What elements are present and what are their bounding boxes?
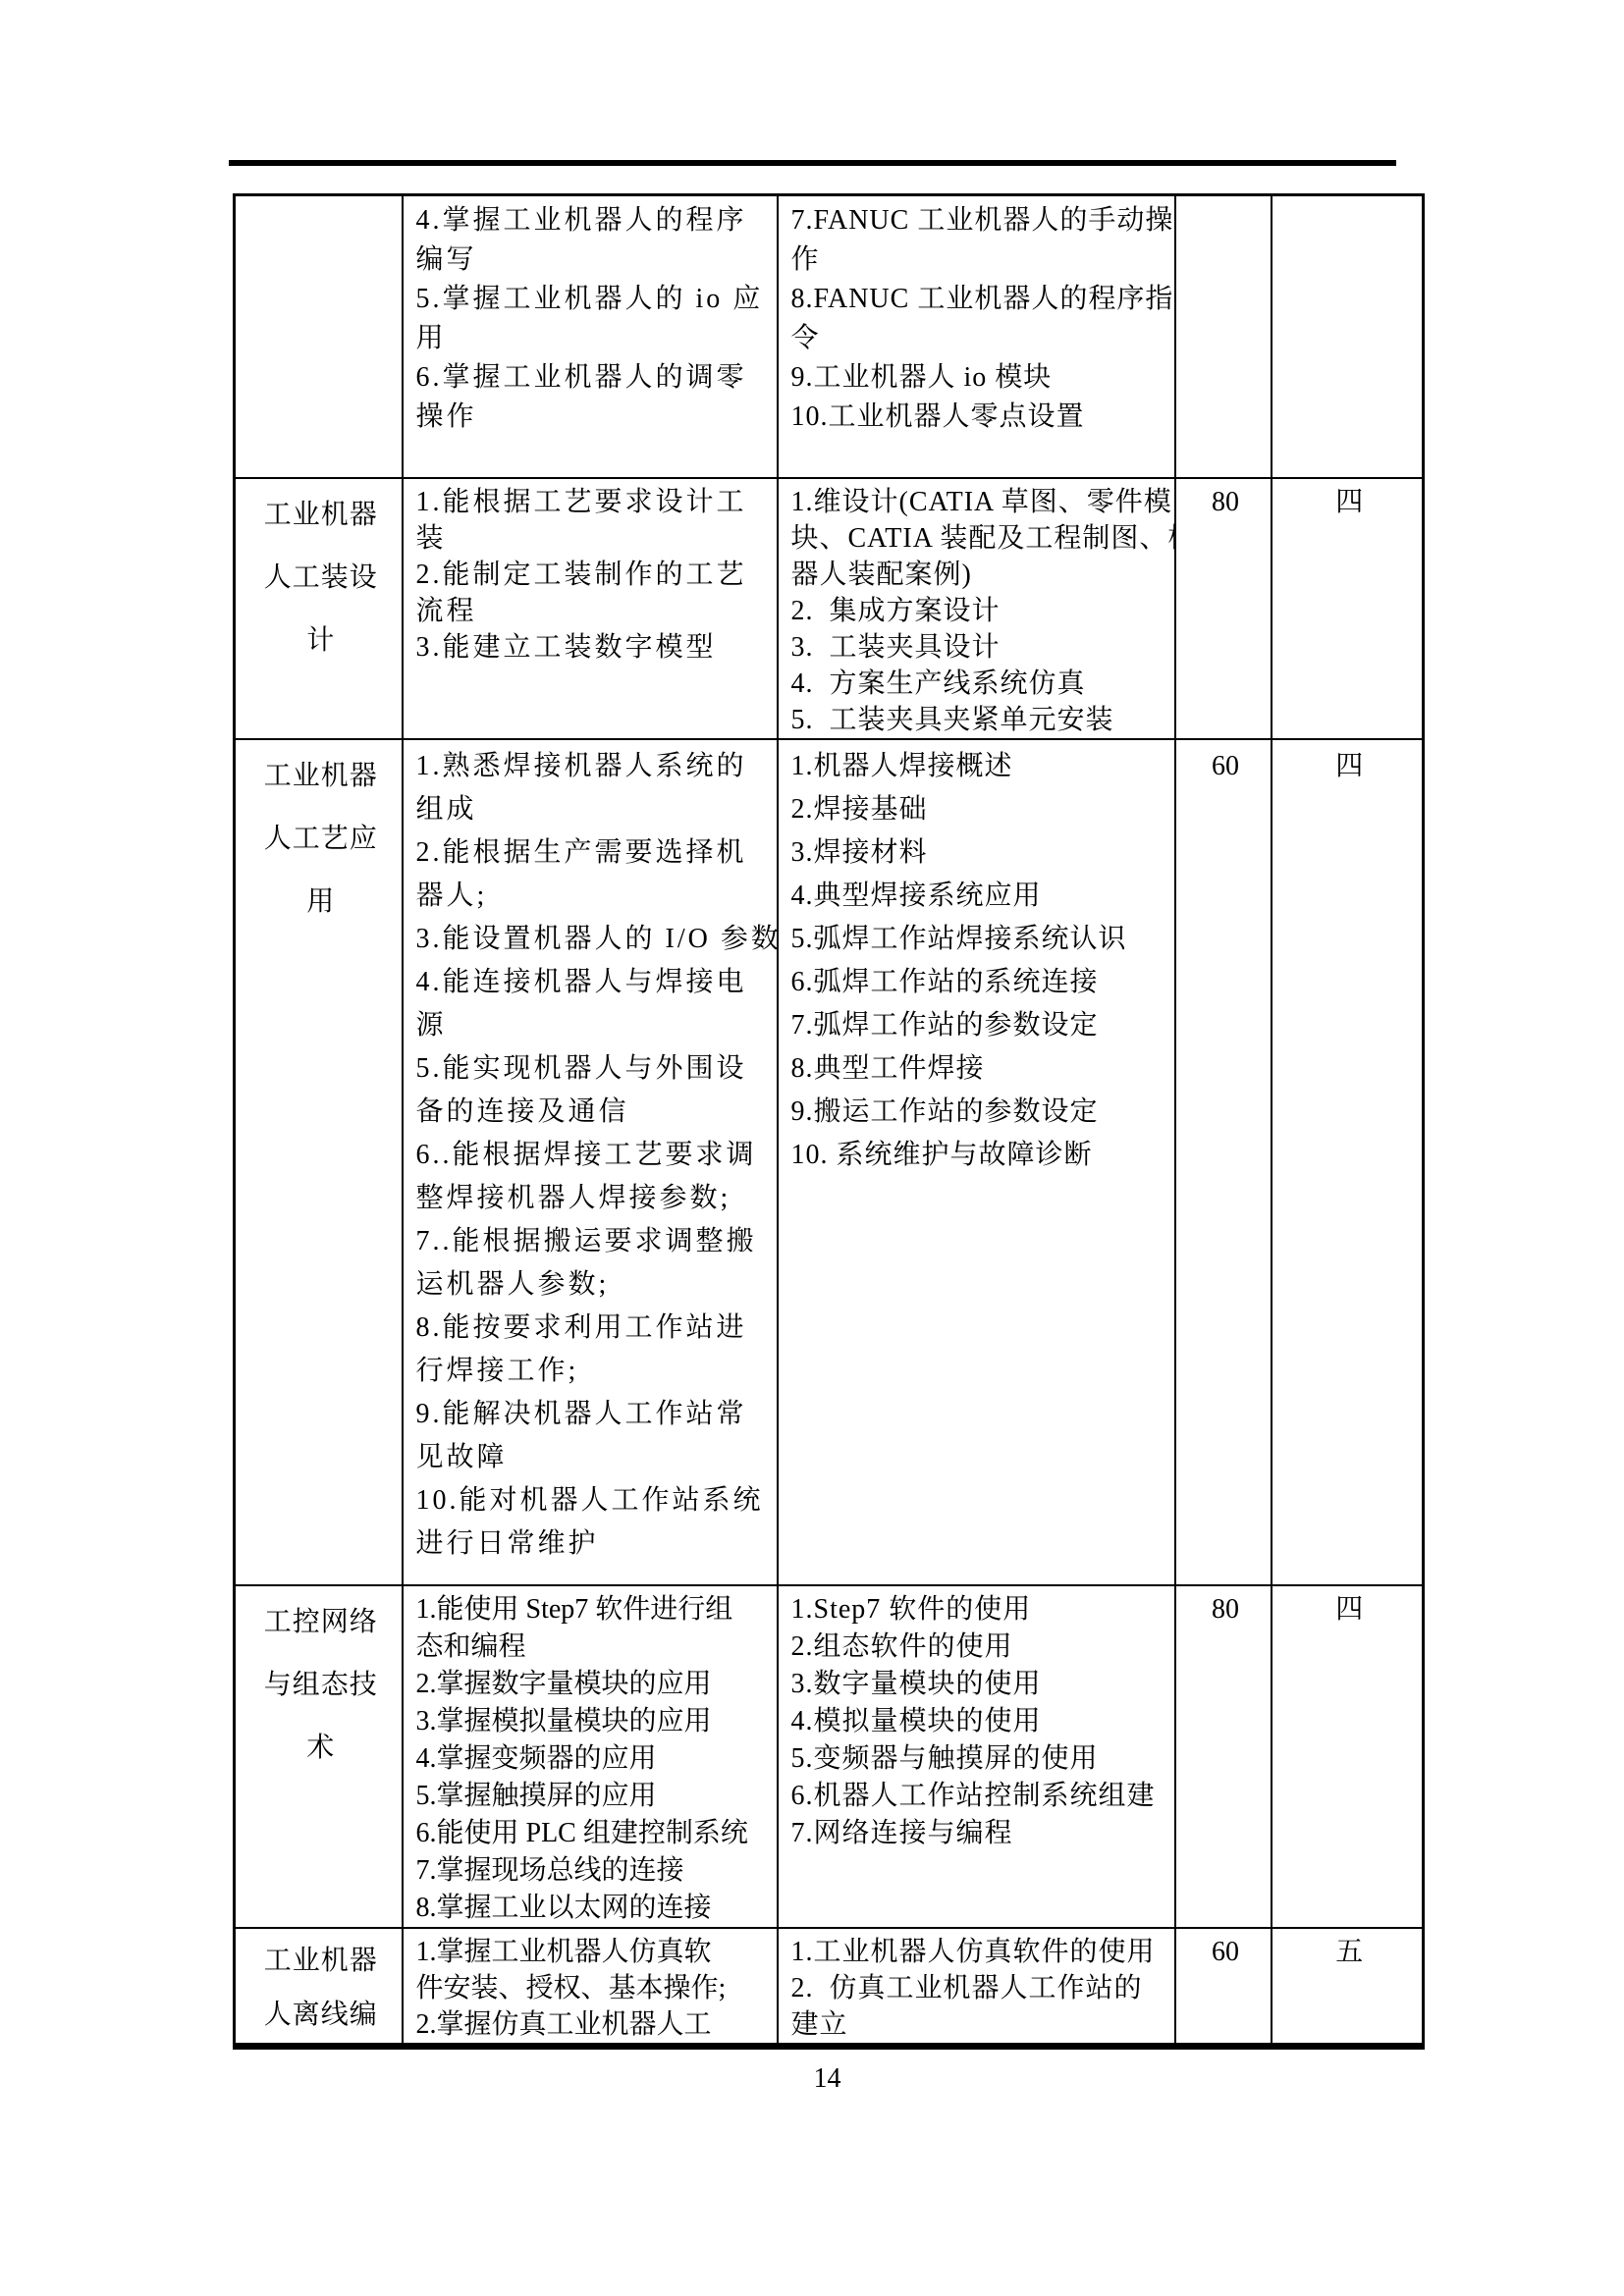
content-cell: 1.工业机器人仿真软件的使用 2. 仿真工业机器人工作站的 建立: [778, 1928, 1175, 2047]
term-cell: 五: [1272, 1928, 1424, 2047]
content-cell: 7.FANUC 工业机器人的手动操 作 8.FANUC 工业机器人的程序指 令 …: [778, 195, 1175, 478]
header-rule: [229, 160, 1396, 166]
page-number: 14: [233, 2063, 1422, 2095]
hours-cell: [1175, 195, 1272, 478]
hours-cell: 80: [1175, 1585, 1272, 1928]
table-row: 工业机器 人离线编 1.掌握工业机器人仿真软 件安装、授权、基本操作; 2.掌握…: [235, 1928, 1424, 2047]
course-name-cell: 工控网络 与组态技 术: [235, 1585, 403, 1928]
content-cell: 1.Step7 软件的使用 2.组态软件的使用 3.数字量模块的使用 4.模拟量…: [778, 1585, 1175, 1928]
skills-cell: 1.掌握工业机器人仿真软 件安装、授权、基本操作; 2.掌握仿真工业机器人工: [403, 1928, 778, 2047]
term-cell: 四: [1272, 739, 1424, 1585]
content-cell: 1.维设计(CATIA 草图、零件模 块、CATIA 装配及工程制图、机 器人装…: [778, 478, 1175, 739]
hours-cell: 60: [1175, 739, 1272, 1585]
course-name-cell: 工业机器 人工装设 计: [235, 478, 403, 739]
course-name-cell: 工业机器 人离线编: [235, 1928, 403, 2047]
content-cell: 1.机器人焊接概述 2.焊接基础 3.焊接材料 4.典型焊接系统应用 5.弧焊工…: [778, 739, 1175, 1585]
term-cell: 四: [1272, 1585, 1424, 1928]
term-cell: [1272, 195, 1424, 478]
table-row: 工控网络 与组态技 术 1.能使用 Step7 软件进行组 态和编程 2.掌握数…: [235, 1585, 1424, 1928]
course-name-cell: 工业机器 人工艺应 用: [235, 739, 403, 1585]
skills-cell: 1.熟悉焊接机器人系统的 组成 2.能根据生产需要选择机 器人; 3.能设置机器…: [403, 739, 778, 1585]
table-row: 4.掌握工业机器人的程序 编写 5.掌握工业机器人的 io 应 用 6.掌握工业…: [235, 195, 1424, 478]
curriculum-table: 4.掌握工业机器人的程序 编写 5.掌握工业机器人的 io 应 用 6.掌握工业…: [233, 193, 1425, 2050]
table-row: 工业机器 人工装设 计 1.能根据工艺要求设计工 装 2.能制定工装制作的工艺 …: [235, 478, 1424, 739]
document-page: 4.掌握工业机器人的程序 编写 5.掌握工业机器人的 io 应 用 6.掌握工业…: [0, 0, 1624, 2296]
skills-cell: 4.掌握工业机器人的程序 编写 5.掌握工业机器人的 io 应 用 6.掌握工业…: [403, 195, 778, 478]
hours-cell: 60: [1175, 1928, 1272, 2047]
skills-cell: 1.能根据工艺要求设计工 装 2.能制定工装制作的工艺 流程 3.能建立工装数字…: [403, 478, 778, 739]
course-name-cell: [235, 195, 403, 478]
skills-cell: 1.能使用 Step7 软件进行组 态和编程 2.掌握数字量模块的应用 3.掌握…: [403, 1585, 778, 1928]
term-cell: 四: [1272, 478, 1424, 739]
table-row: 工业机器 人工艺应 用 1.熟悉焊接机器人系统的 组成 2.能根据生产需要选择机…: [235, 739, 1424, 1585]
hours-cell: 80: [1175, 478, 1272, 739]
